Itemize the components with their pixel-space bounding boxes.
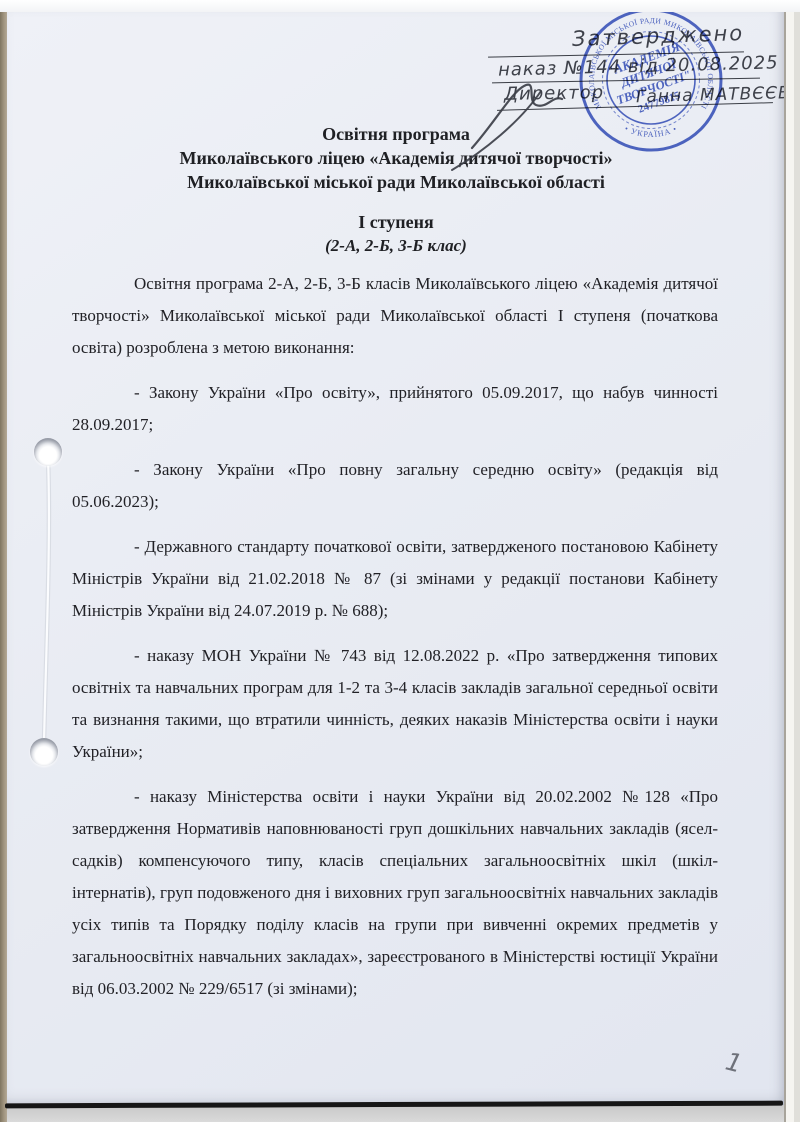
scanned-document: Затверджено наказ №144 від 20.08.2025 Ди…	[0, 0, 800, 1122]
paragraph-state-standard: - Державного стандарту початкової освіти…	[72, 531, 718, 627]
official-stamp-seal: МИКОЛАЇВСЬКОЇ МІСЬКОЇ РАДИ МИКОЛАЇВСЬКОЇ…	[571, 0, 731, 160]
paragraph-mon-order-128: - наказу Міністерства освіти і науки Укр…	[72, 781, 718, 1005]
scanner-background-top	[0, 0, 800, 12]
scanner-background-left	[0, 10, 7, 1122]
title-line-3: Миколаївської міської ради Миколаївської…	[72, 170, 720, 194]
binding-hole-top	[34, 438, 62, 466]
paragraph-law-education: - Закону України «Про освіту», прийнятог…	[72, 377, 718, 441]
stage-block: І ступеня (2-А, 2-Б, 3-Б клас)	[72, 210, 720, 258]
paragraph-intro: Освітня програма 2-А, 2-Б, 3-Б класів Ми…	[72, 268, 718, 364]
paragraph-law-secondary-education: - Закону України «Про повну загальну сер…	[72, 454, 718, 518]
scanner-background-right	[784, 10, 800, 1122]
svg-text:• УКРАЇНА •: • УКРАЇНА •	[623, 124, 679, 139]
stage-title: І ступеня	[72, 210, 720, 234]
paragraph-mon-order-743: - наказу МОН України № 743 від 12.08.202…	[72, 640, 718, 768]
classes-subtitle: (2-А, 2-Б, 3-Б клас)	[72, 234, 720, 258]
document-body: Освітня програма 2-А, 2-Б, 3-Б класів Ми…	[72, 268, 718, 1018]
stamp-ring-bottom-text: • УКРАЇНА •	[623, 124, 679, 139]
binding-hole-bottom	[30, 738, 58, 766]
